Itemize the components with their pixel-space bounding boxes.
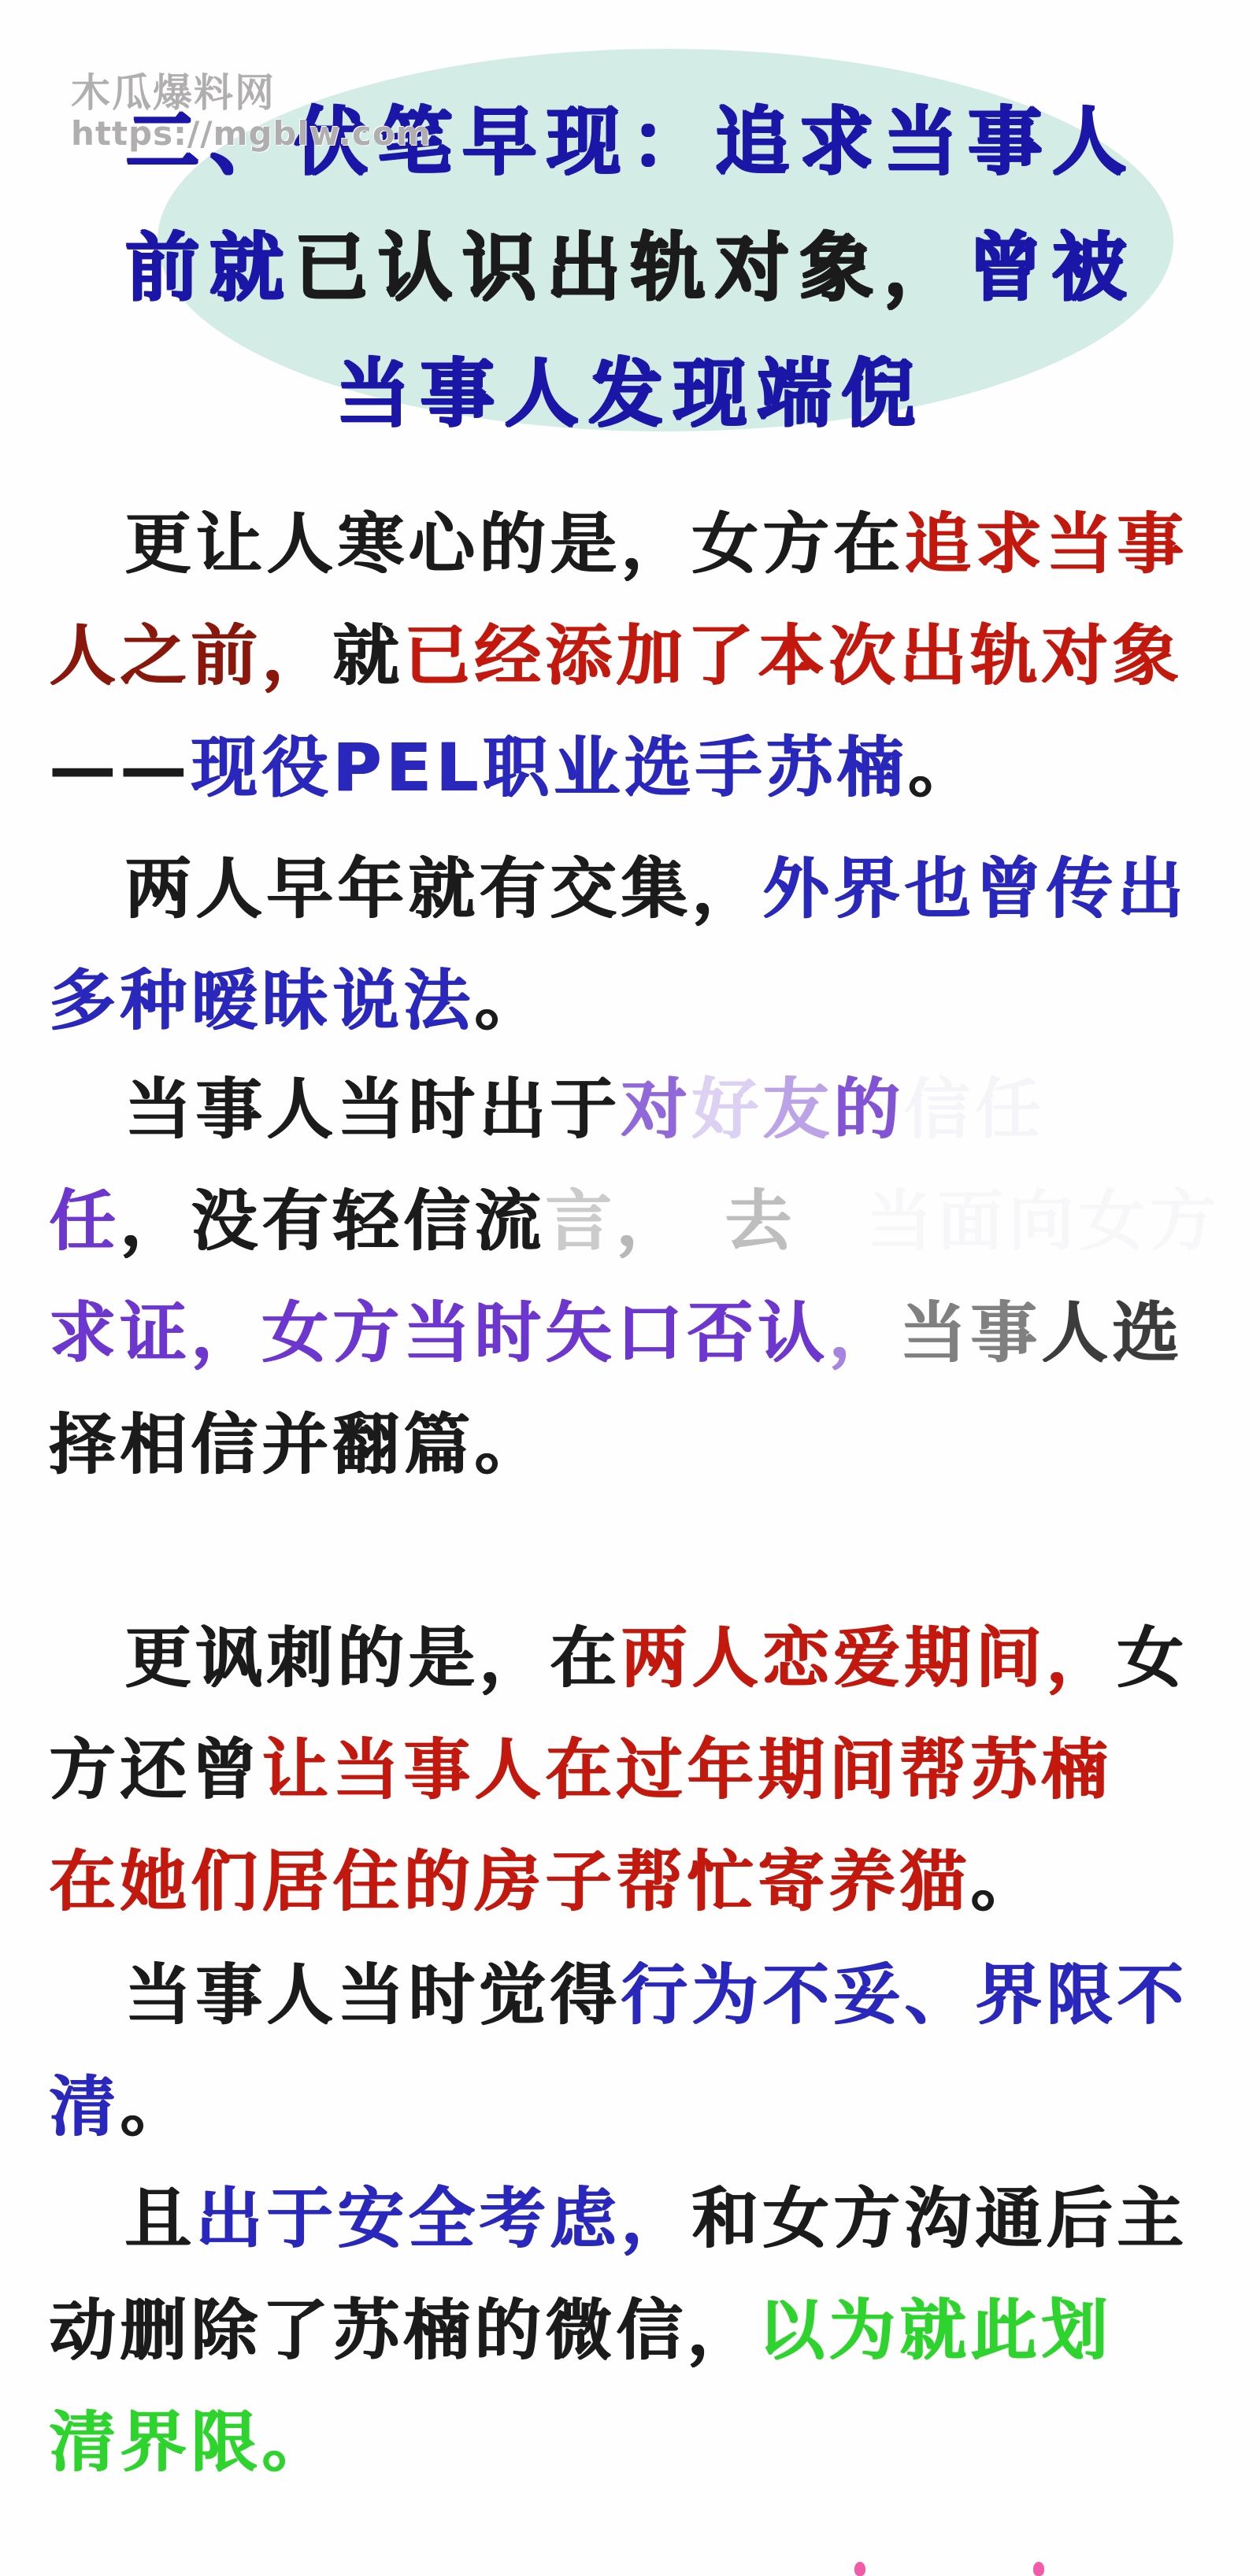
text-segment: 。 <box>120 2068 191 2145</box>
text-segment: 去 <box>724 1183 795 1260</box>
headline-line: 前就已认识出轨对象，曾被 <box>0 205 1260 331</box>
text-segment: 以为就此划 <box>758 2292 1112 2369</box>
text-segment: 已认识出轨对象， <box>293 224 967 310</box>
text-segment: 前就 <box>124 224 293 310</box>
text-segment: 。 <box>474 1406 545 1483</box>
text-segment: 人选 <box>1041 1294 1183 1371</box>
text-segment: 追求当事 <box>904 505 1188 583</box>
text-segment: 友 <box>762 1071 833 1148</box>
text-segment: 出于安全考虑， <box>195 2180 691 2257</box>
text-segment: —— <box>49 729 191 806</box>
headline-line: 当事人发现端倪 <box>0 331 1260 457</box>
text-line: 且出于安全考虑，和女方沟通后主 <box>49 2163 1260 2274</box>
pink-mark <box>1033 2562 1044 2576</box>
text-segment: 言 <box>545 1183 616 1260</box>
text-segment: 。 <box>261 2404 332 2481</box>
text-segment: 。 <box>970 1843 1041 1920</box>
text-segment: 更让人寒心的是，女方在 <box>124 505 904 583</box>
text-segment: 择相信并翻篇 <box>49 1406 474 1483</box>
text-line: 在她们居住的房子帮忙寄养猫。 <box>49 1826 1260 1938</box>
text-segment: 人之前， <box>49 617 332 694</box>
text-segment: 当事人当时出于 <box>124 1071 621 1148</box>
text-segment: 好 <box>691 1071 762 1148</box>
paragraph: 更让人寒心的是，女方在追求当事人之前，就已经添加了本次出轨对象——现役PEL职业… <box>0 488 1260 824</box>
text-line: 任，没有轻信流言， 去 当面向女方 <box>49 1165 1260 1277</box>
text-line: 方还曾让当事人在过年期间帮苏楠 <box>49 1714 1260 1826</box>
text-segment: ， <box>616 1183 654 1260</box>
watermark: 木瓜爆料网 https://mgblw.com <box>71 71 431 152</box>
gossip-text-page: { "watermark": { "site_name": "木瓜爆料网", "… <box>0 0 1260 2576</box>
text-segment: 两人恋爱期间， <box>621 1619 1117 1697</box>
text-segment: 更讽刺的是，在 <box>124 1619 621 1697</box>
watermark-url: https://mgblw.com <box>71 115 431 152</box>
text-segment: 和女方沟通后主 <box>691 2180 1188 2257</box>
text-segment: 在她们居住的房子帮忙寄养猫 <box>49 1843 970 1920</box>
text-segment: 当面向女方 <box>795 1183 1221 1260</box>
text-segment: 两人早年就有交集， <box>124 850 762 927</box>
text-line: 清。 <box>49 2051 1260 2163</box>
text-segment: 求证，女方当时矢口否认 <box>49 1294 828 1371</box>
text-segment <box>654 1183 724 1260</box>
text-segment: 任 <box>49 1183 120 1260</box>
text-segment: ， <box>828 1294 899 1371</box>
text-line: 当事人当时出于对好友的信任 <box>49 1053 1260 1165</box>
text-segment: 当事人当时觉得 <box>124 1956 621 2034</box>
text-segment: 当事人发现端倪 <box>335 350 925 436</box>
text-segment: 现役PEL职业选手苏楠 <box>191 729 907 806</box>
paragraph: 当事人当时觉得行为不妥、界限不清。 <box>0 1939 1260 2163</box>
text-segment: 且 <box>124 2180 195 2257</box>
text-segment: 的 <box>833 1071 904 1148</box>
paragraph: 且出于安全考虑，和女方沟通后主动删除了苏楠的微信，以为就此划清界限。 <box>0 2163 1260 2498</box>
text-segment: 已经添加了本次出轨对象 <box>403 617 1183 694</box>
text-segment: 清 <box>49 2068 120 2145</box>
text-segment: 当事 <box>899 1294 1041 1371</box>
text-line: 动删除了苏楠的微信，以为就此划 <box>49 2274 1260 2386</box>
pink-mark <box>854 2562 865 2576</box>
text-segment: 动删除了苏楠的微信， <box>49 2292 758 2369</box>
paragraph: 更讽刺的是，在两人恋爱期间，女方还曾让当事人在过年期间帮苏楠在她们居住的房子帮忙… <box>0 1602 1260 1938</box>
text-segment: 曾被 <box>967 224 1136 310</box>
text-line: 更讽刺的是，在两人恋爱期间，女 <box>49 1602 1260 1714</box>
text-segment: 追求当事人 <box>714 98 1136 184</box>
text-line: 择相信并翻篇。 <box>49 1389 1260 1501</box>
text-segment: 对 <box>621 1071 691 1148</box>
text-segment: 清界限 <box>49 2404 261 2481</box>
text-segment: 外界也曾传出 <box>762 850 1188 927</box>
text-segment: 信任 <box>904 1071 1046 1148</box>
text-line: 更让人寒心的是，女方在追求当事 <box>49 488 1260 600</box>
paragraph: 当事人当时出于对好友的信任任，没有轻信流言， 去 当面向女方求证，女方当时矢口否… <box>0 1053 1260 1501</box>
text-segment: 多种暧昧说法 <box>49 962 474 1039</box>
text-segment: 方还曾 <box>49 1731 261 1808</box>
text-segment: 行为不妥、界限不 <box>621 1956 1188 2034</box>
text-segment: 。 <box>474 962 545 1039</box>
text-line: 求证，女方当时矢口否认，当事人选 <box>49 1277 1260 1389</box>
text-segment: 让当事人在过年期间帮苏楠 <box>261 1731 1112 1808</box>
text-line: 当事人当时觉得行为不妥、界限不 <box>49 1939 1260 2051</box>
paragraph: 两人早年就有交集，外界也曾传出多种暧昧说法。 <box>0 833 1260 1057</box>
text-line: ——现役PEL职业选手苏楠。 <box>49 712 1260 824</box>
watermark-site-name: 木瓜爆料网 <box>71 71 431 115</box>
text-line: 两人早年就有交集，外界也曾传出 <box>49 833 1260 945</box>
text-segment: 。 <box>907 729 978 806</box>
text-line: 人之前，就已经添加了本次出轨对象 <box>49 600 1260 712</box>
text-segment: 就 <box>332 617 403 694</box>
text-line: 清界限。 <box>49 2386 1260 2498</box>
text-line: 多种暧昧说法。 <box>49 945 1260 1057</box>
text-segment: 女 <box>1117 1619 1188 1697</box>
text-segment: ，没有轻信流 <box>120 1183 545 1260</box>
